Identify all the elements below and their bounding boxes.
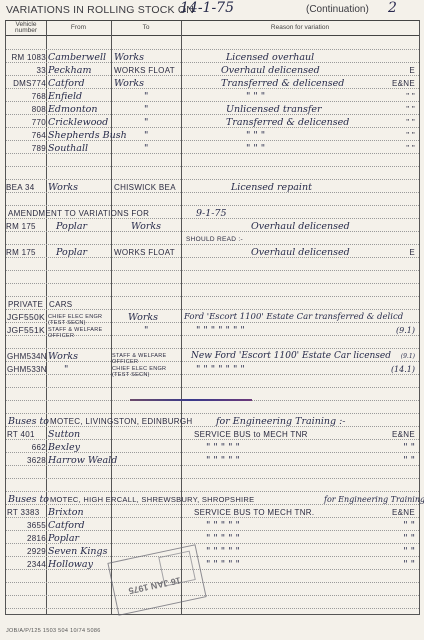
from-cell: Brixton — [48, 506, 84, 519]
reason-cell: New Ford 'Escort 1100' Estate Car licens… — [191, 350, 391, 363]
reason-cell: Overhaul delicensed — [221, 64, 320, 77]
private-cars-heading: PRIVATE CARS — [6, 298, 419, 311]
code-cell: E — [409, 246, 415, 259]
vehicle-number: JGF551K — [7, 324, 45, 337]
code-cell: " " — [403, 454, 415, 467]
from-cell: Poplar — [56, 246, 87, 259]
table-row: RT 3383 Brixton SERVICE BUS TO MECH TNR.… — [6, 506, 419, 519]
to-cell: " — [144, 90, 148, 103]
table-row: GHM534N Works STAFF & WELFARE OFFICER Ne… — [6, 350, 419, 363]
code-cell: " " — [406, 142, 415, 155]
table-row: RM 175 Poplar Works Overhaul delicensed — [6, 220, 419, 233]
form-footer-code: JOB/A/P/125 1503 504 10/74 5086 — [6, 628, 101, 634]
form-title: VARIATIONS IN ROLLING STOCK ON — [6, 4, 194, 16]
vehicle-number: 770 — [6, 116, 46, 129]
code-cell: " " — [403, 532, 415, 545]
from-cell: Peckham — [48, 64, 91, 77]
code-cell: E&NE — [392, 506, 415, 519]
table-row: JGF551K STAFF & WELFARE OFFICER " " " " … — [6, 324, 419, 337]
table-row: 2929 Seven Kings " " " " " " " — [6, 545, 419, 558]
stamp-date: 16 JAN 1975 — [128, 575, 182, 596]
heading-text: for Engineering Training :- — [216, 415, 346, 428]
code-cell: E&NE — [392, 428, 415, 441]
table-header: Vehicle number From To Reason for variat… — [6, 21, 419, 36]
table-row: 764 Shepherds Bush " " " " " " — [6, 129, 419, 142]
from-cell: " — [64, 363, 68, 376]
page-number: 2 — [388, 0, 397, 16]
reason-cell: Ford 'Escort 1100' Estate Car transferre… — [184, 311, 403, 324]
code-cell: " " — [406, 129, 415, 142]
table-row: GHM533N " CHIEF ELEC ENGR (TEST SECN) " … — [6, 363, 419, 376]
col-header-vehicle-b: number — [15, 28, 37, 34]
table-row-bea: BEA 34 Works CHISWICK BEA Licensed repai… — [6, 181, 419, 194]
from-cell: Works — [48, 350, 78, 363]
reason-cell: " " " — [246, 142, 265, 155]
from-cell: Southall — [48, 142, 88, 155]
table-row: 2344 Holloway " " " " " " " — [6, 558, 419, 571]
from-cell: Sutton — [48, 428, 80, 441]
table-row: 808 Edmonton " Unlicensed transfer " " — [6, 103, 419, 116]
vehicle-number: DMS774 — [6, 77, 46, 90]
vehicle-number: 662 — [6, 441, 46, 454]
col-header-vehicle: Vehicle number — [6, 21, 46, 35]
code-cell: " " — [406, 103, 415, 116]
reason-cell: " " " " " — [206, 545, 240, 558]
vehicle-number: JGF550K — [7, 311, 45, 324]
col-header-to: To — [111, 21, 181, 35]
to-cell: " — [144, 129, 148, 142]
to-cell: CHIEF ELEC ENGR (TEST SECN) — [112, 366, 180, 378]
from-cell: Holloway — [48, 558, 93, 571]
from-cell: Edmonton — [48, 103, 98, 116]
reason-cell: " " " — [246, 129, 265, 142]
heading-text: MOTEC, HIGH ERCALL, SHREWSBURY, SHROPSHI… — [50, 493, 254, 506]
to-cell: Works — [114, 77, 144, 90]
table-row: RM 1083 Camberwell Works Licensed overha… — [6, 51, 419, 64]
vehicle-number: 764 — [6, 129, 46, 142]
code-cell: " " — [403, 519, 415, 532]
reason-cell: Unlicensed transfer — [226, 103, 322, 116]
amendment-heading: AMENDMENT TO VARIATIONS FOR 9-1-75 — [6, 207, 419, 220]
table-row: 770 Cricklewood " Transferred & delicens… — [6, 116, 419, 129]
from-cell: Catford — [48, 77, 85, 90]
vehicle-number: RT 3383 — [7, 506, 40, 519]
from-cell: Works — [48, 181, 78, 194]
vehicle-number: GHM534N — [7, 350, 47, 363]
amendment-date: 9-1-75 — [196, 207, 227, 220]
code-cell: (14.1) — [391, 363, 415, 376]
table-row: DMS774 Catford Works Transferred & delic… — [6, 77, 419, 90]
reason-cell: " " " " " — [206, 532, 240, 545]
vehicle-number: BEA 34 — [6, 181, 46, 194]
code-cell: " " — [406, 90, 415, 103]
heading-text: CARS — [49, 298, 72, 311]
vehicle-number: 2344 — [6, 558, 46, 571]
reason-cell: " " " " " " " — [196, 324, 245, 337]
to-cell: WORKS FLOAT — [114, 246, 175, 259]
code-cell: " " — [403, 558, 415, 571]
reason-cell: Licensed overhaul — [226, 51, 314, 64]
reason-cell: " " " " " — [206, 454, 240, 467]
table-row: 768 Enfield " " " " " " — [6, 90, 419, 103]
to-cell: " — [144, 103, 148, 116]
code-cell: " " — [403, 441, 415, 454]
to-cell: CHISWICK BEA — [114, 181, 176, 194]
to-cell: " — [144, 142, 148, 155]
should-read-text: SHOULD READ :- — [186, 237, 243, 243]
should-read-label: SHOULD READ :- — [6, 233, 419, 246]
heading-text: Buses to — [8, 493, 49, 506]
from-cell: Poplar — [56, 220, 87, 233]
from-cell: Enfield — [48, 90, 82, 103]
code-cell: E — [409, 64, 415, 77]
to-cell: Works — [114, 51, 144, 64]
table-row: RT 401 Sutton SERVICE BUS to MECH TNR E&… — [6, 428, 419, 441]
reason-cell: " " " " " " " — [196, 363, 245, 376]
table-row: 2816 Poplar " " " " " " " — [6, 532, 419, 545]
code-cell: " " — [406, 116, 415, 129]
vehicle-number: RM 175 — [6, 246, 46, 259]
from-cell: Harrow Weald — [48, 454, 117, 467]
col-header-from: From — [46, 21, 111, 35]
code-cell: (9.1) — [401, 350, 415, 363]
vehicle-number: 33 — [6, 64, 46, 77]
to-cell: " — [144, 324, 148, 337]
table-row: 33 Peckham WORKS FLOAT Overhaul delicens… — [6, 64, 419, 77]
vehicle-number: RM 175 — [6, 220, 46, 233]
from-cell: Shepherds Bush — [48, 129, 127, 142]
vehicle-number: 808 — [6, 103, 46, 116]
from-cell: Bexley — [48, 441, 80, 454]
heading-text: PRIVATE — [8, 298, 43, 311]
from-cell: Cricklewood — [48, 116, 108, 129]
reason-cell: " " " — [246, 90, 265, 103]
reason-cell: Overhaul delicensed — [251, 246, 350, 259]
from-cell: Catford — [48, 519, 85, 532]
from-cell: Camberwell — [48, 51, 106, 64]
vehicle-number: 3655 — [6, 519, 46, 532]
vehicle-number: 2929 — [6, 545, 46, 558]
col-header-reason: Reason for variation — [181, 21, 419, 35]
code-cell: E&NE — [392, 77, 415, 90]
reason-cell: " " " " " — [206, 519, 240, 532]
vehicle-number: 789 — [6, 142, 46, 155]
reason-cell: " " " " " — [206, 558, 240, 571]
heading-text: MOTEC, LIVINGSTON, EDINBURGH — [50, 415, 193, 428]
reason-cell: Overhaul delicensed — [251, 220, 350, 233]
code-cell: (9.1) — [396, 324, 415, 337]
vehicle-number: 3628 — [6, 454, 46, 467]
to-cell: WORKS FLOAT — [114, 64, 175, 77]
pen-underline — [130, 399, 252, 401]
heading-text: for Engineering Training: — [324, 493, 424, 506]
reason-cell: SERVICE BUS TO MECH TNR. — [194, 506, 314, 519]
heading-text: Buses to — [8, 415, 49, 428]
from-cell: Poplar — [48, 532, 79, 545]
vehicle-number: GHM533N — [7, 363, 47, 376]
vehicle-number: RT 401 — [7, 428, 35, 441]
motec-livingston-heading: Buses to MOTEC, LIVINGSTON, EDINBURGH fo… — [6, 415, 419, 428]
table-row: 3628 Harrow Weald " " " " " " " — [6, 454, 419, 467]
from-cell: STAFF & WELFARE OFFICER — [48, 327, 110, 339]
from-cell: Seven Kings — [48, 545, 107, 558]
code-cell: " " — [403, 545, 415, 558]
continuation-label: (Continuation) — [306, 4, 369, 15]
to-cell: Works — [131, 220, 161, 233]
table-row: 3655 Catford " " " " " " " — [6, 519, 419, 532]
reason-cell: Licensed repaint — [231, 181, 312, 194]
to-cell: " — [144, 116, 148, 129]
form-date: 14-1-75 — [180, 0, 234, 16]
amendment-heading-text: AMENDMENT TO VARIATIONS FOR — [8, 207, 149, 220]
vehicle-number: RM 1083 — [6, 51, 46, 64]
variations-table: Vehicle number From To Reason for variat… — [5, 20, 420, 615]
motec-high-ercall-heading: Buses to MOTEC, HIGH ERCALL, SHREWSBURY,… — [6, 493, 419, 506]
table-row: RM 175 Poplar WORKS FLOAT Overhaul delic… — [6, 246, 419, 259]
table-row: 789 Southall " " " " " " — [6, 142, 419, 155]
vehicle-number: 768 — [6, 90, 46, 103]
to-cell: Works — [128, 311, 158, 324]
reason-cell: SERVICE BUS to MECH TNR — [194, 428, 308, 441]
reason-cell: " " " " " — [206, 441, 240, 454]
vehicle-number: 2816 — [6, 532, 46, 545]
table-row: 662 Bexley " " " " " " " — [6, 441, 419, 454]
reason-cell: Transferred & delicensed — [226, 116, 349, 129]
reason-cell: Transferred & delicensed — [221, 77, 344, 90]
table-row: JGF550K CHIEF ELEC ENGR (TEST SECN) Work… — [6, 311, 419, 324]
